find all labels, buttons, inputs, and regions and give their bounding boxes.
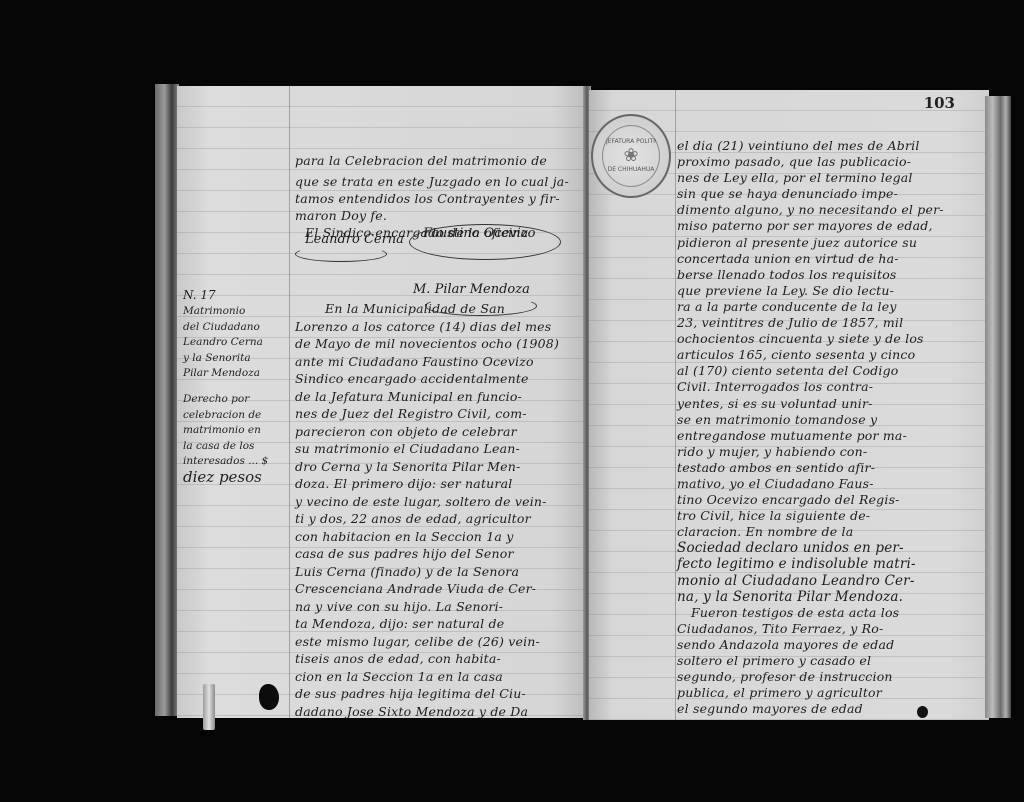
handwritten-line: dro Cerna y la Senorita Pilar Men- bbox=[295, 458, 559, 476]
handwritten-line: para la Celebracion del matrimonio de bbox=[295, 150, 569, 171]
handwritten-line: de sus padres hija legitima del Ciu- bbox=[295, 685, 559, 703]
margin-fee: Derecho por celebracion de matrimonio en… bbox=[183, 392, 268, 485]
handwritten-line: el segundo mayores de edad bbox=[677, 701, 944, 717]
handwritten-line: pidieron al presente juez autorice su bbox=[677, 235, 944, 251]
handwritten-line: tro Civil, hice la siguiente de- bbox=[677, 508, 944, 524]
handwritten-line: de Mayo de mil novecientos ocho (1908) bbox=[295, 335, 559, 353]
handwritten-line: nes de Ley ella, por el termino legal bbox=[677, 170, 944, 186]
handwritten-line: que se trata en este Juzgado en lo cual … bbox=[295, 171, 569, 188]
right-binding-edge bbox=[985, 96, 1011, 718]
handwritten-line: al (170) ciento setenta del Codigo bbox=[677, 363, 944, 379]
margin-rule bbox=[675, 90, 676, 720]
handwritten-line: Civil. Interrogados los contra- bbox=[677, 379, 944, 395]
margin-line: Matrimonio bbox=[183, 304, 263, 320]
handwritten-line: ra a la parte conducente de la ley bbox=[677, 299, 944, 315]
margin-line: y la Senorita bbox=[183, 351, 263, 367]
margin-line: celebracion de bbox=[183, 408, 268, 424]
handwritten-line: ti y dos, 22 anos de edad, agricultor bbox=[295, 510, 559, 528]
handwritten-line: Ciudadanos, Tito Ferraez, y Ro- bbox=[677, 621, 944, 637]
handwritten-line: yentes, si es su voluntad unir- bbox=[677, 396, 944, 412]
handwritten-line: proximo pasado, que las publicacio- bbox=[677, 154, 944, 170]
handwritten-line: su matrimonio el Ciudadano Lean- bbox=[295, 440, 559, 458]
handwritten-line: 23, veintitres de Julio de 1857, mil bbox=[677, 315, 944, 331]
handwritten-line: se en matrimonio tomandose y bbox=[677, 412, 944, 428]
handwritten-line: claracion. En nombre de la bbox=[677, 524, 944, 540]
handwritten-line: na y vive con su hijo. La Senori- bbox=[295, 598, 559, 616]
handwritten-line: mativo, yo el Ciudadano Faus- bbox=[677, 476, 944, 492]
handwritten-line: fecto legitimo e indisoluble matri- bbox=[677, 556, 944, 572]
handwritten-line: y vecino de este lugar, soltero de vein- bbox=[295, 493, 559, 511]
handwritten-line: casa de sus padres hijo del Senor bbox=[295, 545, 559, 563]
signature-groom: Leandro Cerna bbox=[305, 232, 404, 247]
left-binding-edge bbox=[155, 84, 179, 716]
handwritten-line: monio al Ciudadano Leandro Cer- bbox=[677, 573, 944, 589]
signature-flourish bbox=[409, 224, 561, 260]
handwritten-line: maron Doy fe. bbox=[295, 205, 569, 222]
handwritten-line: con habitacion en la Seccion 1a y bbox=[295, 528, 559, 546]
signature-bride: M. Pilar Mendoza bbox=[413, 282, 530, 297]
record-body-right: el dia (21) veintiuno del mes de Abril p… bbox=[677, 138, 944, 720]
margin-line: Derecho por bbox=[183, 392, 268, 408]
margin-line: Pilar Mendoza bbox=[183, 366, 263, 382]
margin-line: matrimonio en bbox=[183, 423, 268, 439]
handwritten-line: este mismo lugar, celibe de (26) vein- bbox=[295, 633, 559, 651]
margin-line: del Ciudadano bbox=[183, 320, 263, 336]
handwritten-line: testado ambos en sentido afir- bbox=[677, 460, 944, 476]
handwritten-line: Lorenzo a los catorce (14) dias del mes bbox=[295, 318, 559, 336]
handwritten-line: el dia (21) veintiuno del mes de Abril bbox=[677, 138, 944, 154]
margin-line: la casa de los bbox=[183, 439, 268, 455]
official-seal-stamp: JEFATURA POLITICA DEL DISTRITO ❀ DE CHIH… bbox=[591, 114, 671, 198]
handwritten-line: de la Jefatura Municipal en funcio- bbox=[295, 388, 559, 406]
margin-rule bbox=[289, 86, 290, 718]
handwritten-line: entregandose mutuamente por ma- bbox=[677, 428, 944, 444]
handwritten-line: ochocientos cincuenta y siete y de los bbox=[677, 331, 944, 347]
handwritten-line: rido y mujer, y habiendo con- bbox=[677, 444, 944, 460]
handwritten-line: Crescenciana Andrade Viuda de Cer- bbox=[295, 580, 559, 598]
page-number: 103 bbox=[924, 94, 955, 112]
fee-amount: diez pesos bbox=[183, 470, 268, 486]
seal-bottom-text: DE CHIHUAHUA bbox=[608, 166, 655, 174]
handwritten-line: con habitacion en la Seccion bbox=[677, 717, 944, 720]
handwritten-line: nes de Juez del Registro Civil, com- bbox=[295, 405, 559, 423]
ink-blot bbox=[259, 684, 279, 710]
handwritten-line: parecieron con objeto de celebrar bbox=[295, 423, 559, 441]
handwritten-line: berse llenado todos los requisitos bbox=[677, 267, 944, 283]
handwritten-line: sin que se haya denunciado impe- bbox=[677, 186, 944, 202]
handwritten-line: cion en la Seccion 1a en la casa bbox=[295, 668, 559, 686]
handwritten-line: dimento alguno, y no necesitando el per- bbox=[677, 202, 944, 218]
handwritten-line: Sociedad declaro unidos en per- bbox=[677, 540, 944, 556]
handwritten-line: miso paterno por ser mayores de edad, bbox=[677, 218, 944, 234]
right-page: 103 JEFATURA POLITICA DEL DISTRITO ❀ DE … bbox=[589, 90, 989, 720]
handwritten-line: En la Municipalidad de San bbox=[295, 300, 559, 318]
handwritten-line: concertada union en virtud de ha- bbox=[677, 251, 944, 267]
record-body-left: En la Municipalidad de San Lorenzo a los… bbox=[295, 300, 559, 718]
handwritten-line: publica, el primero y agricultor bbox=[677, 685, 944, 701]
handwritten-line: tino Ocevizo encargado del Regis- bbox=[677, 492, 944, 508]
margin-line: Leandro Cerna bbox=[183, 335, 263, 351]
left-page: para la Celebracion del matrimonio de qu… bbox=[177, 86, 585, 718]
eagle-emblem-icon: ❀ bbox=[623, 146, 638, 166]
open-register-book: para la Celebracion del matrimonio de qu… bbox=[155, 76, 1013, 724]
handwritten-line: soltero el primero y casado el bbox=[677, 653, 944, 669]
handwritten-line: sendo Andazola mayores de edad bbox=[677, 637, 944, 653]
handwritten-line: tamos entendidos los Contrayentes y fir- bbox=[295, 188, 569, 205]
record-number: N. 17 bbox=[183, 288, 216, 304]
signature-flourish bbox=[295, 246, 387, 262]
handwritten-line: Sindico encargado accidentalmente bbox=[295, 370, 559, 388]
handwritten-line: tiseis anos de edad, con habita- bbox=[295, 650, 559, 668]
handwritten-line: segundo, profesor de instruccion bbox=[677, 669, 944, 685]
page-tab-marker bbox=[203, 684, 215, 730]
margin-title: Matrimonio del Ciudadano Leandro Cerna y… bbox=[183, 304, 263, 382]
handwritten-line: Fueron testigos de esta acta los bbox=[677, 605, 944, 621]
handwritten-line: Luis Cerna (finado) y de la Senora bbox=[295, 563, 559, 581]
handwritten-line: doza. El primero dijo: ser natural bbox=[295, 475, 559, 493]
handwritten-line: ta Mendoza, dijo: ser natural de bbox=[295, 615, 559, 633]
handwritten-line: ante mi Ciudadano Faustino Ocevizo bbox=[295, 353, 559, 371]
handwritten-line: na, y la Senorita Pilar Mendoza. bbox=[677, 589, 944, 605]
page-hole bbox=[917, 706, 928, 718]
handwritten-line: articulos 165, ciento sesenta y cinco bbox=[677, 347, 944, 363]
seal-inner: JEFATURA POLITICA DEL DISTRITO ❀ DE CHIH… bbox=[602, 125, 660, 187]
handwritten-line: dadano Jose Sixto Mendoza y de Da bbox=[295, 703, 559, 719]
handwritten-line: que previene la Ley. Se dio lectu- bbox=[677, 283, 944, 299]
